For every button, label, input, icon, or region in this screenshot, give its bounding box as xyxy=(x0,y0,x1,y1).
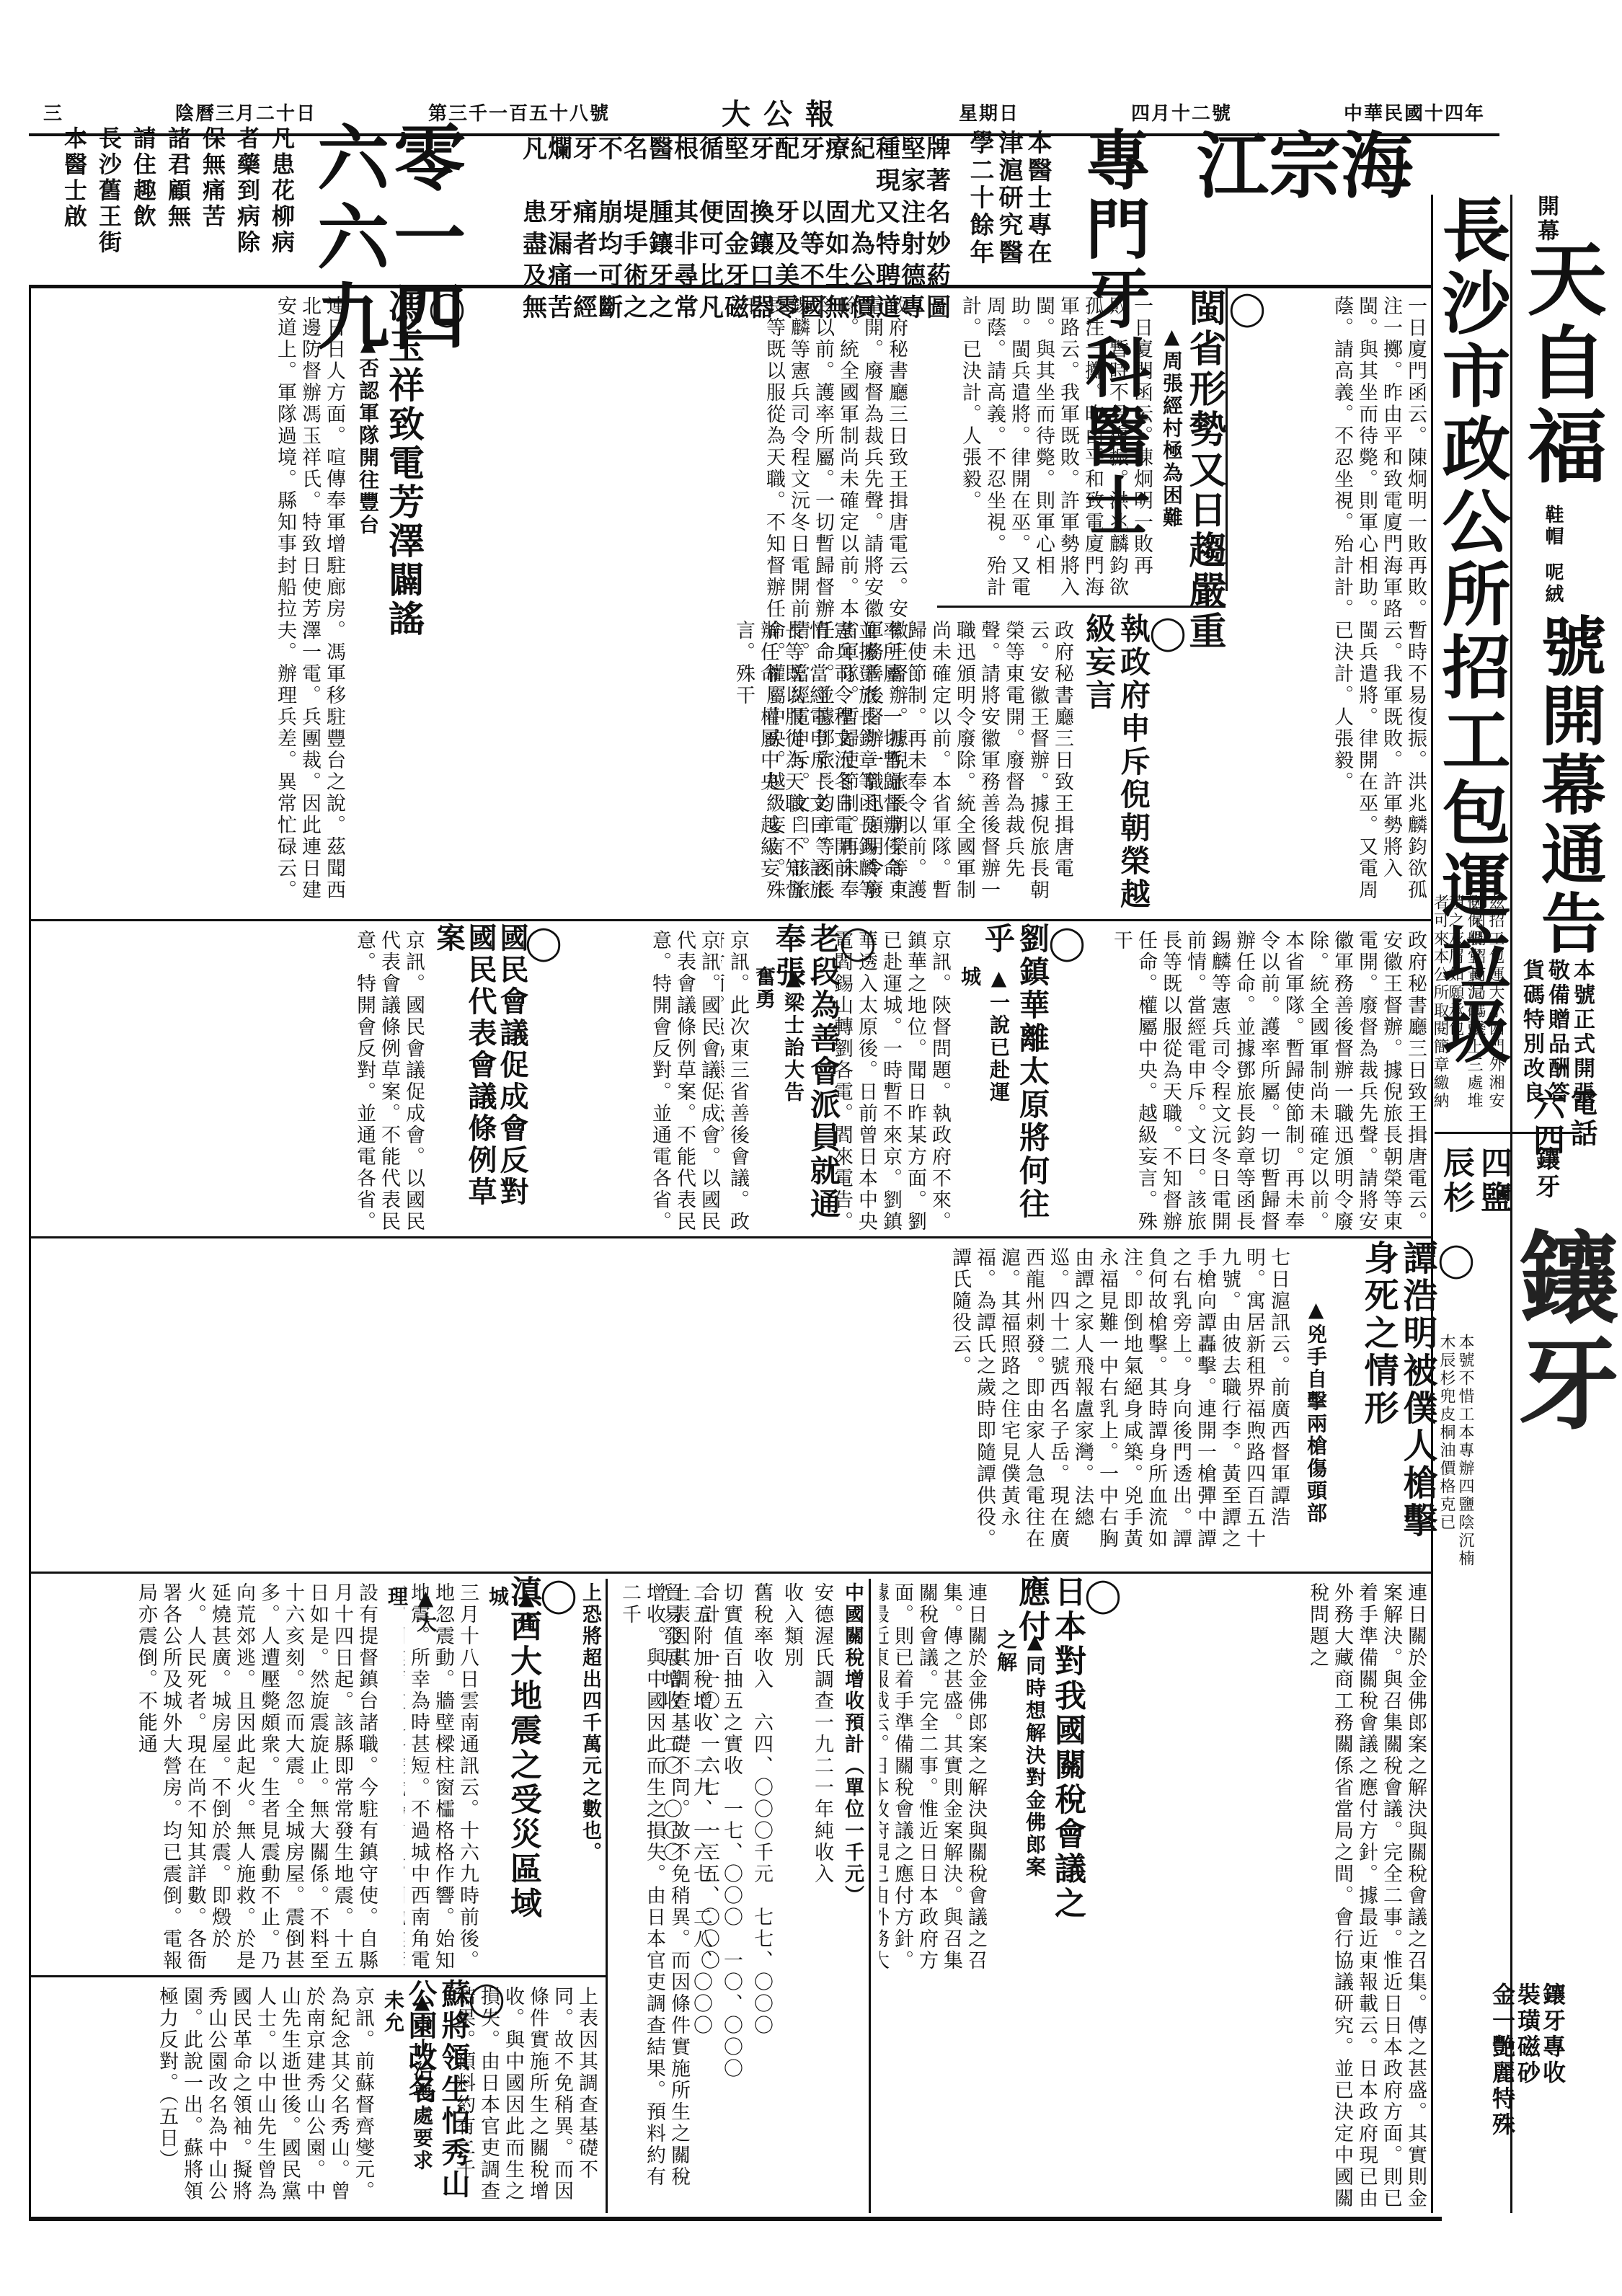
headline-feng[interactable]: 馮玉祥致電芳澤闢謠 xyxy=(382,288,469,908)
body-guomin-cont: 京訊。國民會議促成會。以國民代表會議條例草案。不能代表民意。特開會反對。並通電各… xyxy=(505,930,721,1233)
headline-zhizheng[interactable]: 執政府申斥倪朝榮越級妄言 xyxy=(1081,613,1185,916)
venereal-line-5: 請住趣飲 xyxy=(130,126,156,256)
dentist-intro-2: 津滬研究醫 xyxy=(995,130,1022,267)
subhead-liu: 一說已赴運城 xyxy=(955,966,1013,1110)
masthead-year: 中華民國十四年 xyxy=(1344,99,1485,125)
body-band2-right: 政府秘書廳三日致王揖唐電云。安徽王督辦。據倪旅長朝榮等東電開。廢督為裁兵先聲。請… xyxy=(1024,930,1427,1233)
tariff-title: 中國關稅增收預計（單位一千元） xyxy=(839,1582,865,2209)
subhead-japan: 同時想解決對金佛郎案之解 xyxy=(991,1629,1049,1889)
bottom-right-big: 鑲牙 xyxy=(1514,1225,1608,1436)
masthead-date: 四月十二號 xyxy=(1131,99,1232,125)
body-table-continued: 上表因其調查基礎不同。故不免稍異。而因條件實施所生之關稅增收。與中國因此而生之損… xyxy=(447,1986,598,2213)
tariff-row-4-a: 一一〇、一六七 xyxy=(697,1647,719,1799)
subhead-yunnan: 省城 xyxy=(483,1586,541,1651)
masthead-weekday: 星期日 xyxy=(959,99,1019,125)
band-rule-2 xyxy=(29,1236,1431,1238)
dentist-intro-3: 學二十餘年 xyxy=(966,130,993,267)
tariff-row-0-b: 七七、〇〇〇 xyxy=(750,1907,773,2036)
body-fujian-cont: 一日廈門函云。陳炯明一敗再敗。暫時不易復振。洪兆麟鈞欲孤注一擲。昨由平和致電廈門… xyxy=(1226,296,1427,916)
tariff-row-4: 合計 一一〇、一六七 一三五、〇〇〇 xyxy=(695,1582,721,2209)
masthead-lunar-date: 陰曆三月二十日 xyxy=(175,99,316,125)
tariff-row-4-label: 合計 xyxy=(697,1582,719,1626)
tung-item-2: 辰杉 xyxy=(1438,1146,1473,1215)
dentist-name: 江宗海 xyxy=(1197,130,1413,202)
venereal-ad: 凡患花柳病 者藥到病除 保無痛苦 諸君顧無 請住趣飲 長沙舊王街 本醫士啟 xyxy=(61,126,295,256)
tariff-col-header-0: 收入類別 xyxy=(779,1582,805,2209)
band-rule-3 xyxy=(29,1572,1431,1574)
bottom-right-body-3: 金一艷麗特殊 xyxy=(1485,1982,1520,2138)
tariff-title-text: 中國關稅增收預計 xyxy=(841,1582,864,1755)
tianzifu-headline: 號開幕通告 xyxy=(1521,613,1615,959)
subhead-dali: 大理 xyxy=(382,1586,440,1651)
body-misc-1: 政府秘書廳三日致王揖唐電云。安徽王督辦。據倪旅長朝榮等東電開。廢督為裁兵先聲。請… xyxy=(476,296,908,916)
venereal-line-7: 本醫士啟 xyxy=(61,126,87,256)
yunnan-bottom-rule xyxy=(29,1975,606,1977)
body-feng: 連日日人方面。喧傳奉軍增駐廊房。馮軍移駐豐台之說。茲聞西北邊防督辦馮玉祥氏。特致… xyxy=(43,296,346,916)
headline-tan[interactable]: 譚浩明被僕人槍擊身死之情形 xyxy=(1359,1240,1476,1564)
tariff-col-header-1: 安德渥氏調查一九二一年純收入 xyxy=(809,1582,835,2209)
tianzifu-sub-2: 呢絨 xyxy=(1535,562,1570,606)
body-japan: 連日關於金佛郎案之解決與關稅會議之召集。傳之甚盛。其實則金案解決。與召集關稅會議… xyxy=(1060,1582,1427,2209)
subhead-fujian: 周張經村極為困難 xyxy=(1157,324,1186,541)
changsha-body-3: 者可來本公所取閱簡章繳納押標金投標可也 xyxy=(1435,894,1449,1125)
tariff-row-4-b: 一三五、〇〇〇 xyxy=(697,1820,719,1972)
dentist-body-line-2: 患牙痛崩堤腫其便固換牙以固尤又注名 xyxy=(505,197,952,229)
body-dali: 設有提督鎮台諸職。今駐有鎮守使。自縣月十四日起。該縣即常常發生地震。十五日如是。… xyxy=(43,1582,378,1972)
dentist-body-line-4: 及痛一可術牙尋比牙口美不生公聘德葯 xyxy=(505,260,952,292)
body-fujian: 一日廈門函云。陳炯明一敗再敗。暫時不易復振。洪兆麟鈞欲孤注一擲。昨由平和致電廈門… xyxy=(937,296,1153,606)
venereal-line-6: 長沙舊王街 xyxy=(96,126,122,256)
ad-separator xyxy=(1435,1132,1579,1134)
body-zhongshan: 京訊。前蘇督齊燮元。為紀念其父名秀山。曾於南京建秀山公園。中山先生逝世後。國民黨… xyxy=(43,1986,375,2213)
left-border-rule xyxy=(29,288,31,2220)
dentist-intro-1: 本醫士專在 xyxy=(1024,130,1051,267)
tariff-table-cont: 合計 一一〇、一六七 一三五、〇〇〇 上表因其調查基礎不同。故不免稍異。而因條件… xyxy=(613,1582,721,2209)
tariff-row-0-label: 舊稅率收入 xyxy=(750,1582,773,1690)
tariff-row-0: 舊稅率收入 六四、〇〇〇千元 七七、〇〇〇 xyxy=(748,1582,774,2209)
venereal-line-2: 者藥到病除 xyxy=(234,126,260,256)
body-tan: 七日滬訊云。前廣西督軍譚浩明。寓居新租界福煦路四百五十九號。由彼去職行李。黃至譚… xyxy=(43,1247,1290,1564)
band-rule-1 xyxy=(29,919,1431,921)
tianzifu-phone-label: 電話 xyxy=(1564,1089,1599,1149)
tariff-row-1-label: 切實值百抽五之實收 xyxy=(720,1582,743,1777)
body-laoduan: 京訊。此次東三省善後會議。政府方面。極為懸系云。 xyxy=(721,930,750,1233)
tariff-unit: （單位一千元） xyxy=(841,1755,864,1907)
tariff-row-1-a: 一七、〇〇〇 xyxy=(720,1799,743,1928)
body-japan-cont: 連日關於金佛郎案之解決與關稅會議之召集。傳之甚盛。其實則金案解決。與召集關稅會議… xyxy=(879,1582,988,1986)
tianzifu-header: 開幕 xyxy=(1528,195,1563,244)
tianzifu-sub-1: 鞋帽 xyxy=(1535,505,1570,548)
tariff-row-0-a: 六四、〇〇〇千元 xyxy=(750,1712,773,1885)
tung-item-1: 四鹽 xyxy=(1475,1146,1512,1215)
subhead-zhongshan: 中山治喪處要求未允 xyxy=(378,1990,436,2191)
bottom-right-title: 鑲牙 xyxy=(1528,1146,1563,1201)
venereal-line-4: 諸君顧無 xyxy=(165,126,191,256)
venereal-line-1: 凡患花柳病 xyxy=(269,126,295,256)
tianzifu-body-3: 貨碼特別改良 xyxy=(1514,959,1548,1106)
subhead-laoduan: 梁士詒大告奮勇 xyxy=(750,966,807,1125)
masthead-paper-name: 大公報 xyxy=(722,92,847,133)
subhead-feng: 否認軍隊開往豐台 xyxy=(353,332,382,591)
tariff-note: 上表因其調查基礎不同。故不免稍異。而因條件實施所生之關稅增收。與中國因此而生之損… xyxy=(613,1582,691,2202)
tariff-row-1-b: 一〇、〇〇〇 xyxy=(720,1950,743,2080)
subhead-tan: 兇手自擊兩槍傷頭部 xyxy=(1301,1298,1330,1535)
tung-oil-items: 四鹽 xyxy=(1474,1146,1512,1215)
body-guomin: 京訊。國民會議促成會。以國民代表會議條例草案。不能代表民意。特開會反對。並通電各… xyxy=(43,930,425,1233)
tianzifu-name: 天自福 xyxy=(1514,238,1608,489)
col-rule-table xyxy=(869,1579,871,2213)
venereal-line-3: 保無痛苦 xyxy=(200,126,226,256)
masthead-page: 三 xyxy=(43,99,63,125)
changsha-body-2: 側保船堂黃泥碼頭上三處堆積之灰屑如願承包 xyxy=(1445,894,1483,1125)
col-rule-yunnan xyxy=(606,1579,608,2213)
tariff-row-1: 切實值百抽五之實收 一七、〇〇〇 一〇、〇〇〇 xyxy=(718,1582,744,2209)
dentist-body-line-1: 凡爛牙不名醫根循堅牙配牙療紀種堅牌現家著 xyxy=(505,133,952,197)
fujian-split-rule xyxy=(937,606,1226,608)
dentist-body-line-3: 盡漏者均手鑲非可金鑲及等如為特射妙 xyxy=(505,229,952,260)
col-rule-1 xyxy=(1226,288,1228,591)
page-bottom-rule xyxy=(29,2217,1442,2221)
